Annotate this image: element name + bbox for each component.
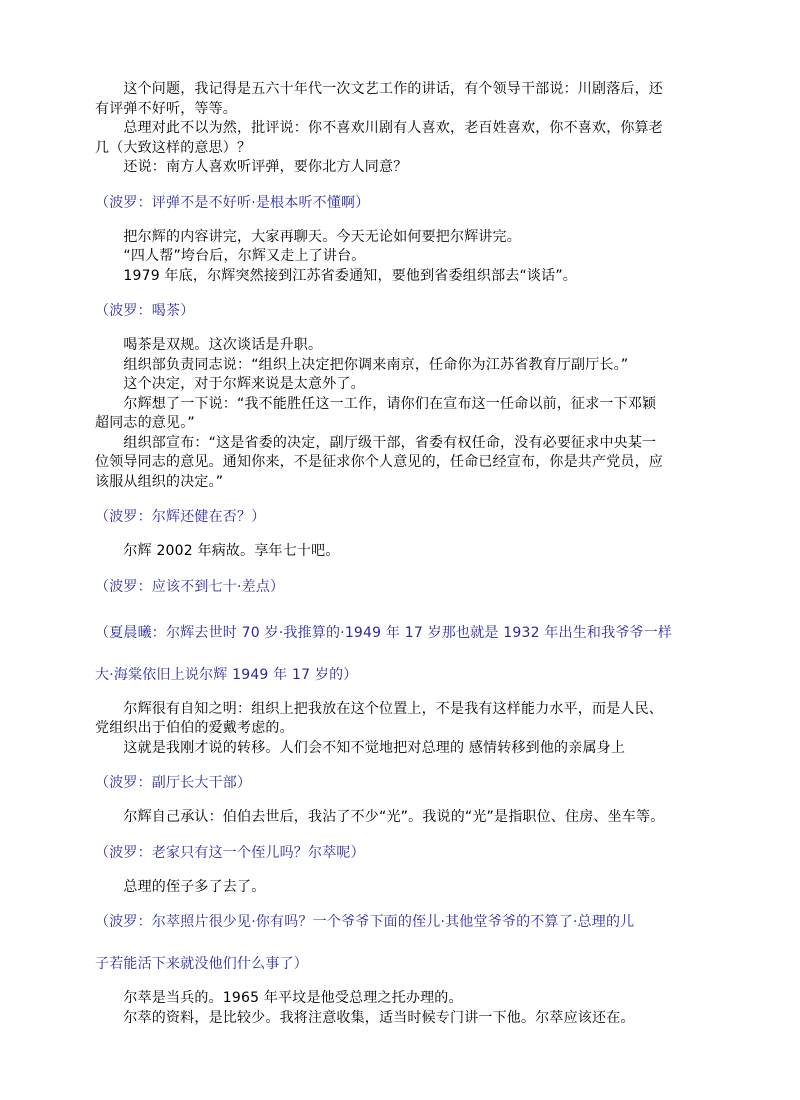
body-text-line: 总理的侄子多了去了。 (95, 878, 720, 898)
paragraph-block: 把尔辉的内容讲完，大家再聊天。今天无论如何要把尔辉讲完。 “四人帮”垮台后，尔辉… (95, 228, 720, 287)
comment-text-line: （波罗：评弹不是不好听·是根本听不懂啊） (95, 182, 720, 224)
reader-comment-block: （波罗：老家只有这一个侄儿吗？尔萃呢） (95, 832, 720, 874)
reader-comment-block: （波罗：尔萃照片很少见·你有吗？一个爷爷下面的侄儿·其他堂爷爷的不算了·总理的儿… (95, 901, 720, 985)
comment-text-line: （波罗：副厅长大干部） (95, 762, 720, 804)
body-text-line: 有评弹不好听，等等。 (95, 100, 720, 120)
body-text-line: 尔萃的资料，是比较少。我将注意收集，适当时候专门讲一下他。尔萃应该还在。 (95, 1009, 720, 1029)
document-page: 这个问题，我记得是五六十年代一次文艺工作的讲话，有个领导干部说：川剧落后，还有评… (0, 0, 800, 1100)
comment-text-line: （波罗：尔辉还健在否？） (95, 496, 720, 538)
body-text-line: 这个决定，对于尔辉来说是太意外了。 (95, 375, 720, 395)
comment-text-line: （波罗：喝茶） (95, 290, 720, 332)
comment-text-line: 子若能活下来就没他们什么事了） (95, 943, 720, 985)
reader-comment-block: （波罗：喝茶） (95, 290, 720, 332)
body-text-line: “四人帮”垮台后，尔辉又走上了讲台。 (95, 247, 720, 267)
comment-text-line: 大·海棠依旧上说尔辉 1949 年 17 岁的） (95, 654, 720, 696)
body-text-line: 把尔辉的内容讲完，大家再聊天。今天无论如何要把尔辉讲完。 (95, 228, 720, 248)
paragraph-block: 喝茶是双规。这次谈话是升职。 组织部负责同志说：“组织上决定把你调来南京，任命你… (95, 336, 720, 492)
body-text-line: 尔萃是当兵的。1965 年平坟是他受总理之托办理的。 (95, 989, 720, 1009)
comment-text-line: （波罗：老家只有这一个侄儿吗？尔萃呢） (95, 832, 720, 874)
reader-comment-block: （夏晨曦：尔辉去世时 70 岁·我推算的·1949 年 17 岁那也就是 193… (95, 612, 720, 696)
body-text-line: 还说：南方人喜欢听评弹，要你北方人同意？ (95, 158, 720, 178)
body-text-line: 尔辉 2002 年病故。享年七十吧。 (95, 542, 720, 562)
body-text-line: 组织部负责同志说：“组织上决定把你调来南京，任命你为江苏省教育厅副厅长。” (95, 356, 720, 376)
comment-text-line: （波罗：应该不到七十·差点） (95, 566, 720, 608)
body-text-line: 超同志的意见。” (95, 414, 720, 434)
body-text-line: 组织部宣布：“这是省委的决定，副厅级干部，省委有权任命，没有必要征求中央某一 (95, 434, 720, 454)
reader-comment-block: （波罗：应该不到七十·差点） (95, 566, 720, 608)
body-text-line: 喝茶是双规。这次谈话是升职。 (95, 336, 720, 356)
paragraph-block: 总理的侄子多了去了。 (95, 878, 720, 898)
paragraph-block: 这个问题，我记得是五六十年代一次文艺工作的讲话，有个领导干部说：川剧落后，还有评… (95, 80, 720, 178)
body-text-line: 党组织出于伯伯的爱戴考虑的。 (95, 719, 720, 739)
body-text-line: 该服从组织的决定。” (95, 473, 720, 493)
body-text-line: 位领导同志的意见。通知你来，不是征求你个人意见的，任命已经宣布，你是共产党员，应 (95, 453, 720, 473)
body-text-line: 这个问题，我记得是五六十年代一次文艺工作的讲话，有个领导干部说：川剧落后，还 (95, 80, 720, 100)
body-text-line: 1979 年底，尔辉突然接到江苏省委通知，要他到省委组织部去“谈话”。 (95, 267, 720, 287)
paragraph-block: 尔萃是当兵的。1965 年平坟是他受总理之托办理的。 尔萃的资料，是比较少。我将… (95, 989, 720, 1028)
document-body: 这个问题，我记得是五六十年代一次文艺工作的讲话，有个领导干部说：川剧落后，还有评… (95, 80, 720, 1028)
body-text-line: 几（大致这样的意思）？ (95, 139, 720, 159)
body-text-line: 尔辉想了一下说：“我不能胜任这一工作，请你们在宣布这一任命以前，征求一下邓颖 (95, 395, 720, 415)
reader-comment-block: （波罗：副厅长大干部） (95, 762, 720, 804)
paragraph-block: 尔辉 2002 年病故。享年七十吧。 (95, 542, 720, 562)
paragraph-block: 尔辉自己承认：伯伯去世后，我沾了不少“光”。我说的“光”是指职位、住房、坐车等。 (95, 808, 720, 828)
body-text-line: 这就是我刚才说的转移。人们会不知不觉地把对总理的 感情转移到他的亲属身上 (95, 739, 720, 759)
body-text-line: 尔辉自己承认：伯伯去世后，我沾了不少“光”。我说的“光”是指职位、住房、坐车等。 (95, 808, 720, 828)
reader-comment-block: （波罗：尔辉还健在否？） (95, 496, 720, 538)
paragraph-block: 尔辉很有自知之明：组织上把我放在这个位置上，不是我有这样能力水平，而是人民、党组… (95, 700, 720, 759)
reader-comment-block: （波罗：评弹不是不好听·是根本听不懂啊） (95, 182, 720, 224)
comment-text-line: （夏晨曦：尔辉去世时 70 岁·我推算的·1949 年 17 岁那也就是 193… (95, 612, 720, 654)
body-text-line: 总理对此不以为然，批评说：你不喜欢川剧有人喜欢，老百姓喜欢，你不喜欢，你算老 (95, 119, 720, 139)
body-text-line: 尔辉很有自知之明：组织上把我放在这个位置上，不是我有这样能力水平，而是人民、 (95, 700, 720, 720)
comment-text-line: （波罗：尔萃照片很少见·你有吗？一个爷爷下面的侄儿·其他堂爷爷的不算了·总理的儿 (95, 901, 720, 943)
